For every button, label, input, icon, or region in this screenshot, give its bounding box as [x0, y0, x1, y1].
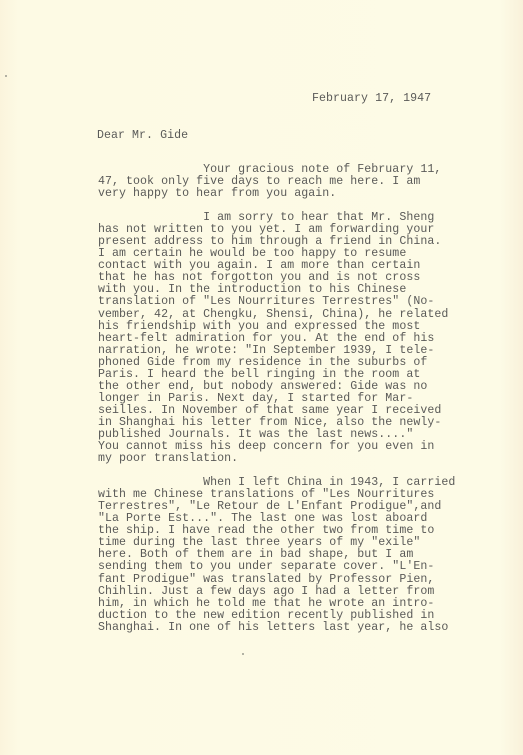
text-line: Shanghai. In one of his letters last yea…: [98, 622, 498, 634]
text-line: duction to the new edition recently publ…: [98, 610, 498, 622]
text-line: sending them to you under separate cover…: [98, 561, 498, 573]
salutation: Dear Mr. Gide: [97, 130, 188, 142]
text-line: vember, 42, at Chengku, Shensi, China), …: [98, 309, 498, 321]
text-line: fant Prodigue" was translated by Profess…: [98, 574, 498, 586]
letter-page: February 17, 1947 Dear Mr. Gide Your gra…: [0, 0, 523, 755]
text-line: Paris. I heard the bell ringing in the r…: [98, 369, 498, 381]
text-line: very happy to hear from you again.: [98, 188, 498, 200]
paper-speck: [5, 75, 7, 77]
text-line: his friendship with you and expressed th…: [98, 321, 498, 333]
text-line: Chihlin. Just a few days ago I had a let…: [98, 586, 498, 598]
text-line: translation of "Les Nourritures Terrestr…: [98, 296, 498, 308]
text-line: him, in which he told me that he wrote a…: [98, 598, 498, 610]
paper-speck: [242, 653, 244, 655]
paragraph-1: Your gracious note of February 11, 47, t…: [98, 164, 498, 200]
text-line: heart-felt admiration for you. At the en…: [98, 333, 498, 345]
letter-date: February 17, 1947: [312, 93, 431, 105]
paragraph-3: When I left China in 1943, I carried wit…: [98, 477, 498, 634]
text-line: phoned Gide from my residence in the sub…: [98, 357, 498, 369]
text-line: my poor translation.: [98, 453, 498, 465]
text-line: narration, he wrote: "In September 1939,…: [98, 345, 498, 357]
letter-body: Your gracious note of February 11, 47, t…: [98, 164, 498, 646]
paragraph-2: I am sorry to hear that Mr. Sheng has no…: [98, 212, 498, 465]
